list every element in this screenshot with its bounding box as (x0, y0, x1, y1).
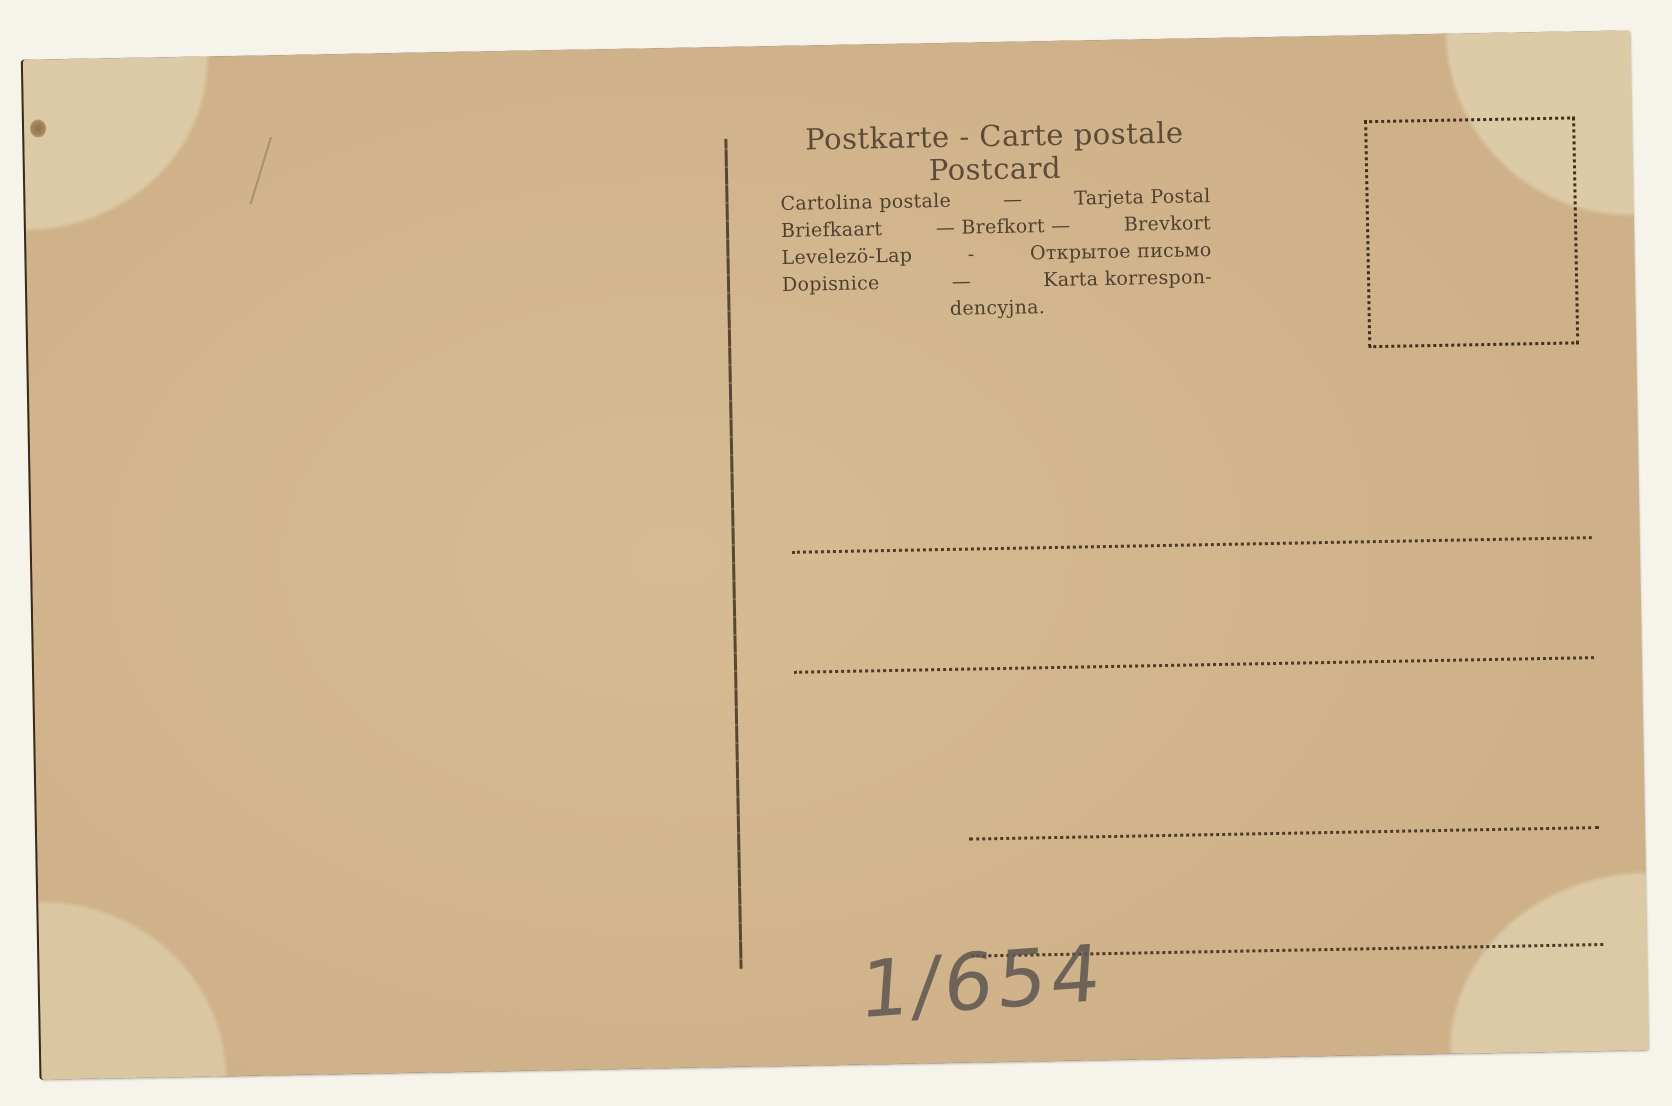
translation-sep: — (1003, 187, 1023, 214)
translation-sep: - (968, 241, 975, 268)
pencil-mark (250, 137, 272, 205)
translation-right: Karta korrespon- (1043, 264, 1212, 294)
translation-right: Открытое письмо (1030, 237, 1212, 267)
postcard: Postkarte - Carte postale Postcard Carto… (23, 30, 1649, 1079)
address-line-2 (794, 656, 1594, 674)
translation-continuation: dencyjna. (950, 294, 1046, 323)
postcard-heading: Postkarte - Carte postale Postcard Carto… (779, 116, 1213, 326)
handwritten-note: 1/654 (857, 928, 1107, 1036)
translations-block: Cartolina postale — Tarjeta Postal Brief… (780, 183, 1212, 326)
address-line-3 (969, 826, 1599, 841)
translation-sep: — Brefkort — (936, 213, 1071, 242)
center-divider-line (724, 139, 742, 969)
address-line-1 (792, 536, 1592, 554)
translation-left: Dopisnice (782, 270, 880, 299)
translation-right: Brevkort (1124, 210, 1212, 239)
translation-left: Cartolina postale (780, 188, 951, 218)
stain-mark (30, 119, 46, 137)
stamp-box (1364, 116, 1579, 348)
translation-right: Tarjeta Postal (1074, 183, 1211, 212)
translation-sep: — (952, 268, 972, 295)
translation-left: Levelezö-Lap (781, 243, 912, 272)
translation-left: Briefkaart (781, 216, 883, 245)
